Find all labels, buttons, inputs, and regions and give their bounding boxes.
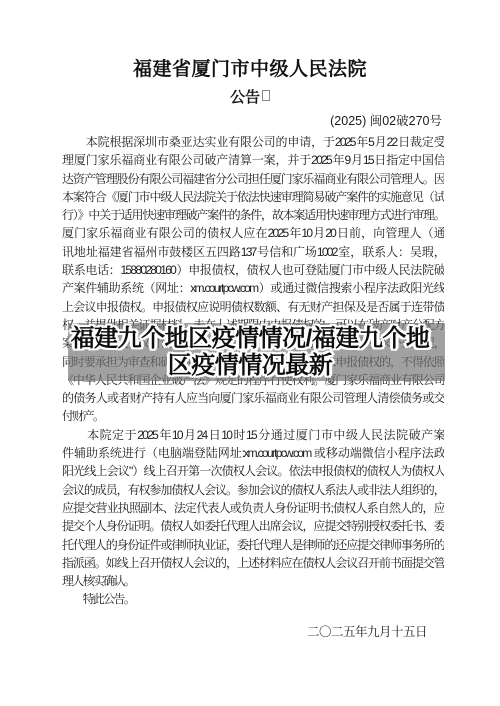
overlay-headline: 福建九个地区疫情情况/福建九个地区疫情情况最新 <box>60 325 440 379</box>
body-line: 阳光线上会议"）线上召开第一次债权人会议。依法申报债权的债权人为债权人 <box>62 462 444 480</box>
body-line: 达资产管理股份有限公司福建省分公司担任厦门家乐福商业有限公司管理人。因 <box>62 170 444 188</box>
doc-type-heading: 公告 <box>0 86 500 107</box>
body-line: 的债务人或者财产持有人应当向厦门家乐福商业有限公司管理人清偿债务或交 <box>62 389 444 407</box>
body-line: 理人核实确认。 <box>62 572 444 590</box>
body-line: 联系电话：15880280160）申报债权，债权人也可登陆厦门市中级人民法院破 <box>62 261 444 279</box>
closing-line: 特此公告。 <box>62 590 444 608</box>
body-line: 指派函。如线上召开债权人会议的，上述材料应在债权人会议召开前书面提交管 <box>62 554 444 572</box>
body-line: 会议的成员，有权参加债权人会议。参加会议的债权人系法人或非法人组织的， <box>62 481 444 499</box>
case-number: (2025) 闽02破270号 <box>0 111 500 129</box>
announcement-page: 福建省厦门市中级人民法院 公告 (2025) 闽02破270号 本院根据深圳市桑… <box>0 0 500 706</box>
body-line: 本院根据深圳市桑亚达实业有限公司的申请，于2025年5月22日裁定受 <box>62 133 444 151</box>
body-line: 厦门家乐福商业有限公司的债权人应在2025年10月20日前，向管理人（通 <box>62 224 444 242</box>
body-line: 件辅助系统进行（电脑端登陆网址:xm.courtpcw.com 或移动端微信小程… <box>62 444 444 462</box>
body-line: 理厦门家乐福商业有限公司破产清算一案，并于2025年9月15日指定中国信 <box>62 151 444 169</box>
body-line: 付财产。 <box>62 407 444 425</box>
body-line: 行）》中关于适用快速审理破产案件的条件，故本案适用快速审理方式进行审理。 <box>62 206 444 224</box>
body-line: 本案符合《厦门市中级人民法院关于依法快速审理简易破产案件的实施意见（试 <box>62 188 444 206</box>
court-name-heading: 福建省厦门市中级人民法院 <box>0 0 500 81</box>
body-line: 本院定于2025年10月24日10时15分通过厦门市中级人民法院破产案 <box>62 426 444 444</box>
body-line: 产案件辅助系统（网址：xm.courtpcw.com）或通过微信搜索小程序法政阳… <box>62 279 444 297</box>
body-line: 提交个人身份证明。债权人如委托代理人出席会议，应提交特别授权委托书、委 <box>62 517 444 535</box>
doc-type-label: 公告 <box>230 89 260 106</box>
body-line: 应提交营业执照副本、法定代表人或负责人身份证明书;债权人系自然人的，应 <box>62 499 444 517</box>
announcement-date: 二〇二五年九月十五日 <box>0 622 500 640</box>
body-line: 托代理人的身份证件或律师执业证，委托代理人是律师的还应提交律师事务所的 <box>62 536 444 554</box>
body-line: 讯地址福建省福州市鼓楼区五四路137号信和广场1002室，联系人：吴瑕， <box>62 243 444 261</box>
body-line: 上会议申报债权。申报债权应说明债权数额、有无财产担保及是否属于连带债 <box>62 298 444 316</box>
missing-glyph-box <box>262 90 270 101</box>
